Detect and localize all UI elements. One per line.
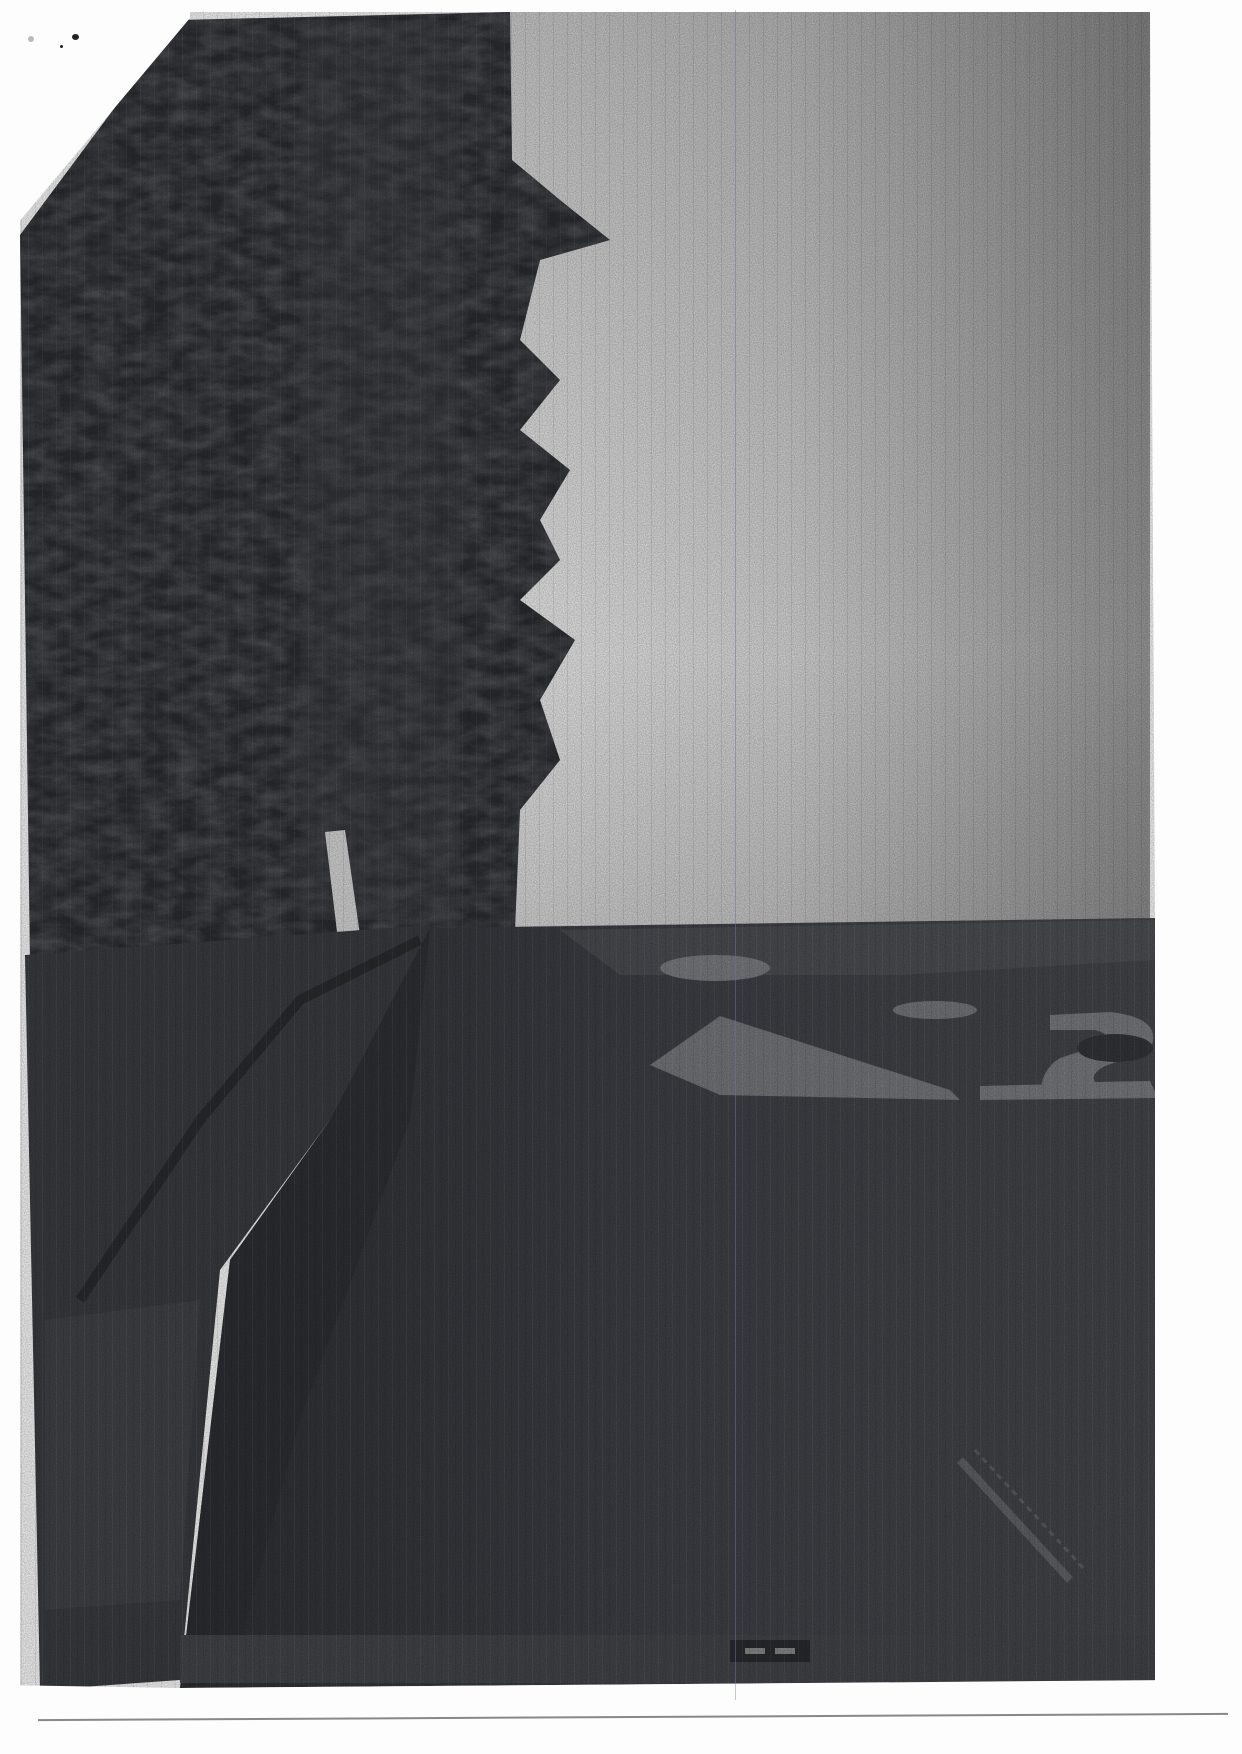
photocopy-scan	[0, 0, 1242, 1754]
dust-speck	[60, 45, 63, 48]
dust-speck	[28, 36, 34, 42]
photo	[20, 12, 1178, 1690]
scan-artifact-line	[735, 10, 736, 1700]
dust-speck	[72, 34, 79, 40]
